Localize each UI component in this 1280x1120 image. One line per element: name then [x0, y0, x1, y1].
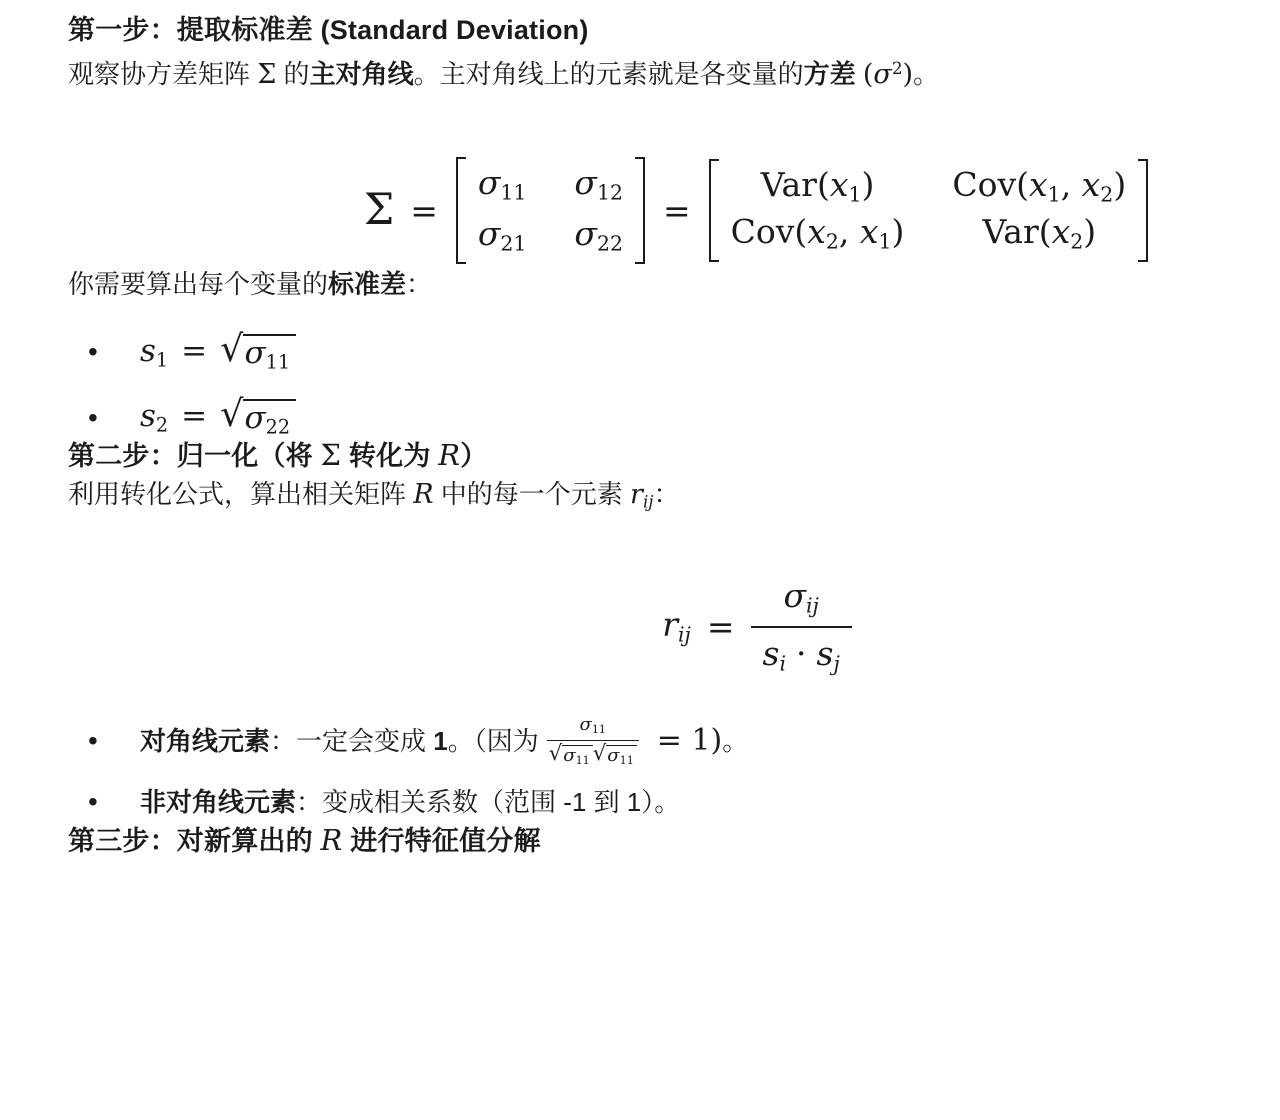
matrix-cell: σ12 — [574, 166, 623, 203]
sigma-matrix: σ11 σ12 σ21 σ22 — [456, 157, 645, 263]
matrix-cell: Var(x1) — [761, 168, 875, 205]
diagonal-elements-text: 对角线元素：一定会变成 1。（因为 — [140, 721, 539, 761]
bullet-marker: • — [68, 788, 140, 816]
bullet-marker: • — [68, 338, 140, 366]
bracket-left — [709, 159, 719, 261]
std-dev-bullet-list: • s1=√σ11 • s2=√σ22 — [68, 334, 1280, 437]
varcov-matrix-grid: Var(x1) Cov(x1, x2) Cov(x2, x1) Var(x2) — [725, 159, 1133, 261]
text-run: 的 — [276, 59, 309, 89]
text-run: 中的每一个元素 — [434, 479, 630, 509]
list-item: • 非对角线元素：变成相关系数（范围 -1 到 1）。 — [68, 782, 1280, 822]
text-run: 第三步：对新算出的 — [68, 826, 321, 856]
text-run: 。 — [722, 721, 748, 761]
equals-sign: = — [410, 194, 438, 227]
fraction-numerator: σij — [751, 579, 852, 625]
inline-fraction: σ11 √σ11√σ11 — [547, 716, 639, 767]
equals-one-tail: = 1) — [657, 721, 722, 761]
text-run: 。 — [913, 59, 939, 89]
text-run: 观察协方差矩阵 — [68, 59, 257, 89]
text-run: ： — [406, 269, 432, 299]
equals-sign: = — [707, 610, 735, 643]
matrix-cell: σ22 — [574, 217, 623, 254]
covariance-matrix-equation: Σ = σ11 σ12 σ21 σ22 = Var(x1) Cov(x1, x2… — [364, 157, 1150, 263]
list-item: • 对角线元素：一定会变成 1。（因为 σ11 √σ11√σ11 = 1) 。 — [68, 716, 1280, 767]
s2-formula: s2=√σ22 — [140, 399, 296, 437]
list-item: • s1=√σ11 — [68, 334, 1280, 372]
fraction: σij si·sj — [751, 579, 852, 673]
step2-intro-paragraph: 利用转化公式，算出相关矩阵 R 中的每一个元素 rij： — [68, 474, 1280, 522]
bold-diagonal-elements: 对角线元素 — [140, 726, 270, 756]
radical-sign: √ — [549, 745, 563, 762]
step3-heading: 第三步：对新算出的 R 进行特征值分解 — [68, 822, 1280, 859]
math-sigma-symbol: Σ — [321, 438, 342, 472]
text-run: ：变成相关系数（范围 -1 到 1）。 — [296, 787, 680, 817]
equals-sign: = — [663, 194, 691, 227]
radical-sign: √ — [220, 399, 243, 429]
paren-close: ) — [902, 59, 913, 90]
math-sigma-symbol: Σ — [257, 59, 276, 90]
bracket-right — [635, 157, 645, 263]
text-run — [856, 59, 863, 89]
radical-sign: √ — [220, 334, 243, 364]
fraction-denominator: si·sj — [751, 628, 852, 674]
matrix-cell: Cov(x2, x1) — [731, 215, 905, 252]
offdiagonal-elements-text: 非对角线元素：变成相关系数（范围 -1 到 1）。 — [140, 782, 680, 822]
bold-one: 1 — [433, 726, 447, 756]
math-R-symbol: R — [321, 823, 343, 857]
text-run: 转化为 — [341, 441, 438, 471]
step1-heading: 第一步：提取标准差 (Standard Deviation) — [68, 12, 1280, 48]
math-r-ij: rij — [662, 608, 691, 645]
math-sigma-var: σ — [873, 59, 891, 90]
math-r-ij: rij — [630, 479, 653, 510]
bracket-left — [456, 157, 466, 263]
radical-sign: √ — [593, 745, 607, 762]
matrix-cell: Cov(x1, x2) — [952, 168, 1126, 205]
paren-open: ( — [863, 59, 874, 90]
matrix-cell: σ21 — [478, 217, 527, 254]
varcov-matrix: Var(x1) Cov(x1, x2) Cov(x2, x1) Var(x2) — [709, 159, 1149, 261]
text-run: ） — [460, 441, 487, 471]
superscript: 2 — [892, 58, 903, 78]
text-run: 利用转化公式，算出相关矩阵 — [68, 479, 413, 509]
equation-row: Σ = σ11 σ12 σ21 σ22 = Var(x1) Cov(x1, x2… — [68, 157, 1280, 263]
matrix-cell: Var(x2) — [982, 215, 1096, 252]
math-capital-sigma: Σ — [364, 189, 394, 232]
text-run: 。（因为 — [448, 726, 539, 756]
bullet-marker: • — [68, 404, 140, 432]
fraction-numerator: σ11 — [547, 716, 639, 740]
bold-variance: 方差 — [804, 59, 856, 89]
step1-intro-paragraph: 观察协方差矩阵 Σ 的主对角线。主对角线上的元素就是各变量的方差 (σ2)。 — [68, 48, 1280, 95]
fraction-denominator: √σ11√σ11 — [547, 741, 639, 766]
bold-offdiagonal-elements: 非对角线元素 — [140, 787, 296, 817]
bracket-right — [1138, 159, 1148, 261]
text-run: 你需要算出每个变量的 — [68, 269, 328, 299]
dot-operator: · — [796, 634, 807, 673]
matrix-cell: σ11 — [478, 166, 527, 203]
math-sigma-squared: (σ2) — [863, 59, 913, 90]
step1-need-paragraph: 你需要算出每个变量的标准差： — [68, 264, 1280, 304]
s1-formula: s1=√σ11 — [140, 334, 296, 372]
bold-main-diagonal: 主对角线 — [310, 59, 414, 89]
bullet-marker: • — [68, 727, 140, 755]
correlation-formula: rij = σij si·sj — [662, 579, 852, 673]
math-R-symbol: R — [413, 479, 433, 510]
text-run: ： — [654, 479, 680, 509]
text-run: 第二步：归一化（将 — [68, 441, 321, 471]
math-R-symbol: R — [438, 438, 460, 472]
list-item: • s2=√σ22 — [68, 399, 1280, 437]
step2-heading: 第二步：归一化（将 Σ 转化为 R） — [68, 437, 1280, 474]
equation-row: rij = σij si·sj — [68, 579, 1280, 673]
bold-std-dev: 标准差 — [328, 269, 406, 299]
text-run: ：一定会变成 — [270, 726, 433, 756]
document: 第一步：提取标准差 (Standard Deviation) 观察协方差矩阵 Σ… — [0, 0, 1280, 859]
text-run: 。主对角线上的元素就是各变量的 — [414, 59, 804, 89]
text-run: 进行特征值分解 — [343, 826, 541, 856]
sigma-matrix-grid: σ11 σ12 σ21 σ22 — [472, 157, 629, 263]
